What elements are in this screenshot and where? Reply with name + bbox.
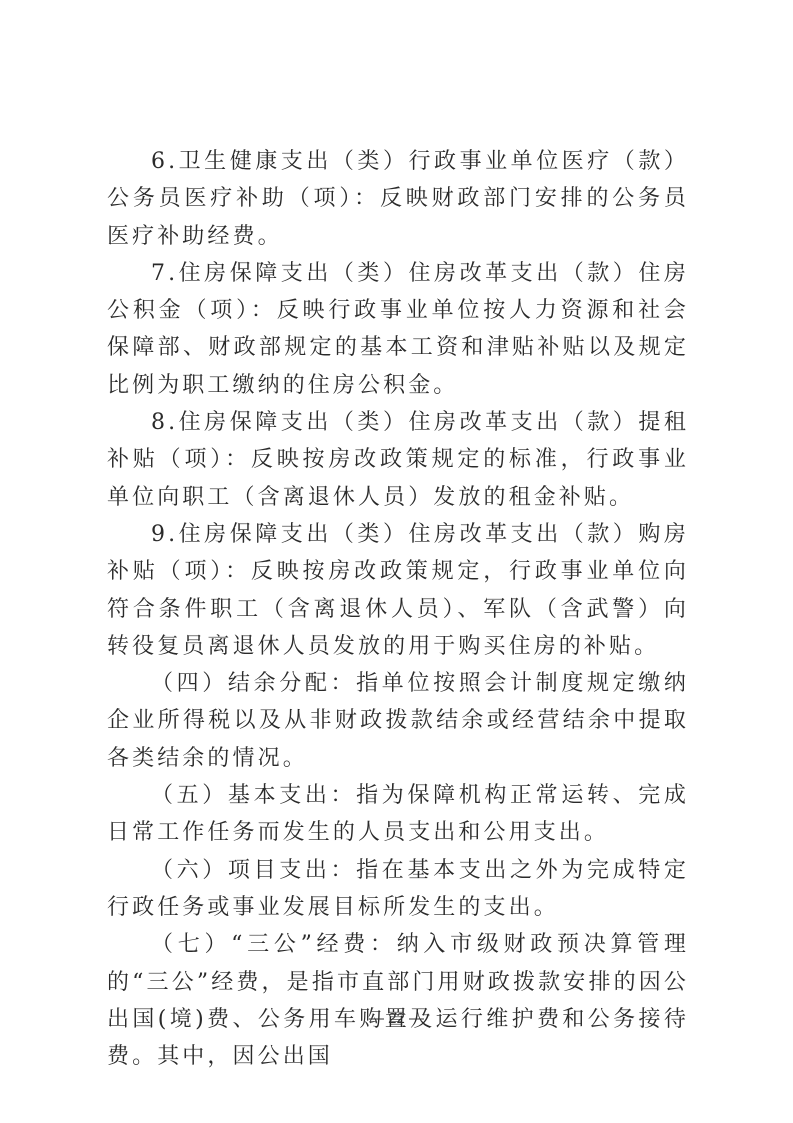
paragraph-three-public-expenses: （七）“三公”经费：纳入市级财政预决算管理的“三公”经费，是指市直部门用财政拨款… (107, 926, 689, 1075)
document-body: 6.卫生健康支出（类）行政事业单位医疗（款）公务员医疗补助（项）：反映财政部门安… (107, 143, 689, 1075)
page-number: — 22 — (0, 1010, 793, 1027)
paragraph-basic-expenditure: （五）基本支出：指为保障机构正常运转、完成日常工作任务而发生的人员支出和公用支出… (107, 777, 689, 852)
paragraph-project-expenditure: （六）项目支出：指在基本支出之外为完成特定行政任务或事业发展目标所发生的支出。 (107, 852, 689, 927)
paragraph-surplus-distribution: （四）结余分配：指单位按照会计制度规定缴纳企业所得税以及从非财政拨款结余或经营结… (107, 665, 689, 777)
paragraph-item-9-housing-purchase-subsidy: 9.住房保障支出（类）住房改革支出（款）购房补贴（项）：反映按房改政策规定，行政… (107, 516, 689, 665)
paragraph-item-7-housing-provident-fund: 7.住房保障支出（类）住房改革支出（款）住房公积金（项）：反映行政事业单位按人力… (107, 255, 689, 404)
paragraph-item-8-rent-subsidy: 8.住房保障支出（类）住房改革支出（款）提租补贴（项）：反映按房改政策规定的标准… (107, 404, 689, 516)
paragraph-item-6-health-medical-subsidy: 6.卫生健康支出（类）行政事业单位医疗（款）公务员医疗补助（项）：反映财政部门安… (107, 143, 689, 255)
